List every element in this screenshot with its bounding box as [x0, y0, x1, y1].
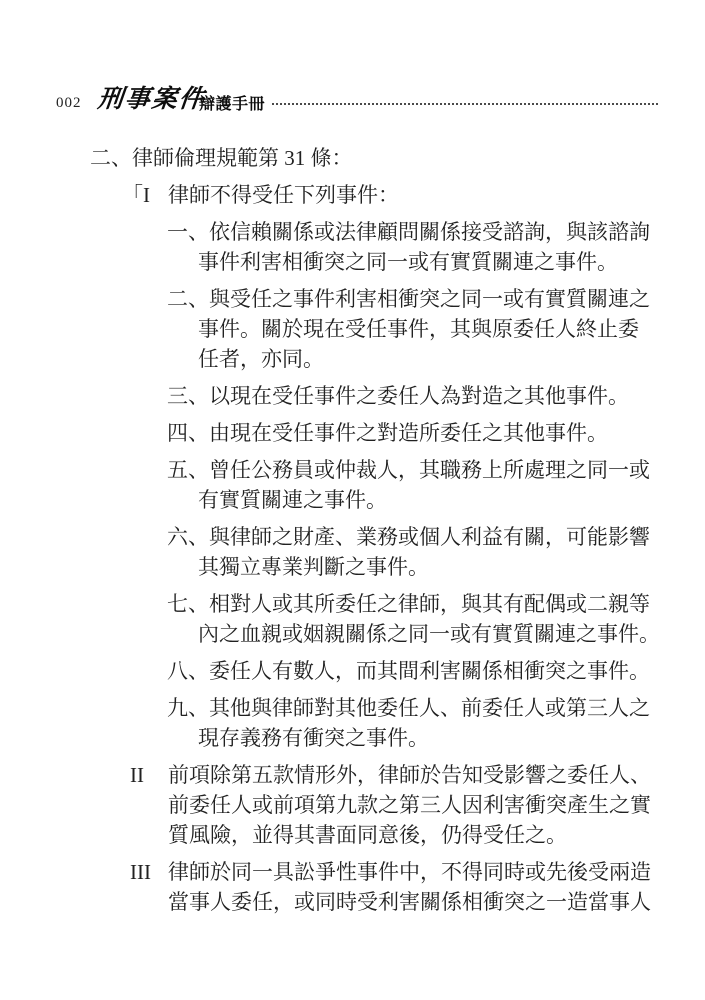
paragraph-1-intro-row: 「I 律師不得受任下列事件：	[122, 180, 670, 210]
header-dotted-rule	[272, 103, 658, 105]
clause-7-line-2: 內之血親或姻親關係之同一或有實質關連之事件。	[198, 619, 670, 649]
book-title-sub: 辯護手冊	[199, 91, 265, 114]
paragraph-2-line-1: 前項除第五款情形外，律師於告知受影響之委任人、	[168, 760, 651, 790]
running-header: 002 刑事案件 辯護手冊	[0, 78, 705, 120]
paragraph-3-row: III 律師於同一具訟爭性事件中，不得同時或先後受兩造	[122, 857, 670, 887]
clause-2-line-3: 任者，亦同。	[198, 344, 670, 374]
clause-2-line-2: 事件。關於現在受任事件，其與原委任人終止委	[198, 314, 670, 344]
clause-6-line-1: 六、與律師之財產、業務或個人利益有關，可能影響	[167, 522, 670, 552]
clause-5-line-2: 有實質關連之事件。	[198, 485, 670, 515]
page-number: 002	[56, 95, 82, 112]
clause-6-line-2: 其獨立專業判斷之事件。	[198, 552, 670, 582]
paragraph-3-label: III	[122, 857, 168, 887]
paragraph-2-line-2: 前委任人或前項第九款之第三人因利害衝突產生之實	[168, 790, 670, 820]
book-title-main: 刑事案件	[96, 79, 208, 115]
clause-2-line-1: 二、與受任之事件利害相衝突之同一或有實質關連之	[167, 284, 670, 314]
clause-9-line-2: 現存義務有衝突之事件。	[198, 723, 670, 753]
paragraph-2-line-3: 質風險，並得其書面同意後，仍得受任之。	[168, 820, 670, 850]
clause-9-line-1: 九、其他與律師對其他委任人、前委任人或第三人之	[167, 693, 670, 723]
clause-1-line-1: 一、依信賴關係或法律顧問關係接受諮詢，與該諮詢	[167, 217, 670, 247]
clause-4-line-1: 四、由現在受任事件之對造所委任之其他事件。	[167, 418, 670, 448]
clause-1-line-2: 事件利害相衝突之同一或有實質關連之事件。	[198, 247, 670, 277]
paragraph-3-line-2: 當事人委任，或同時受利害關係相衝突之一造當事人	[168, 887, 670, 917]
paragraph-2-label: II	[122, 760, 168, 790]
clause-5-line-1: 五、曾任公務員或仲裁人，其職務上所處理之同一或	[167, 455, 670, 485]
clause-8-line-1: 八、委任人有數人，而其間利害關係相衝突之事件。	[167, 656, 670, 686]
paragraph-1-bracket-label: 「I	[122, 180, 168, 210]
paragraph-2-row: II 前項除第五款情形外，律師於告知受影響之委任人、	[122, 760, 670, 790]
page-body: 二、律師倫理規範第 31 條： 「I 律師不得受任下列事件： 一、依信賴關係或法…	[90, 143, 670, 917]
clause-7-line-1: 七、相對人或其所委任之律師，與其有配偶或二親等	[167, 589, 670, 619]
section-heading: 二、律師倫理規範第 31 條：	[90, 143, 670, 173]
paragraph-3-line-1: 律師於同一具訟爭性事件中，不得同時或先後受兩造	[168, 857, 651, 887]
book-page: 002 刑事案件 辯護手冊 二、律師倫理規範第 31 條： 「I 律師不得受任下…	[0, 0, 705, 1000]
paragraph-1-intro: 律師不得受任下列事件：	[168, 180, 399, 210]
clause-3-line-1: 三、以現在受任事件之委任人為對造之其他事件。	[167, 381, 670, 411]
